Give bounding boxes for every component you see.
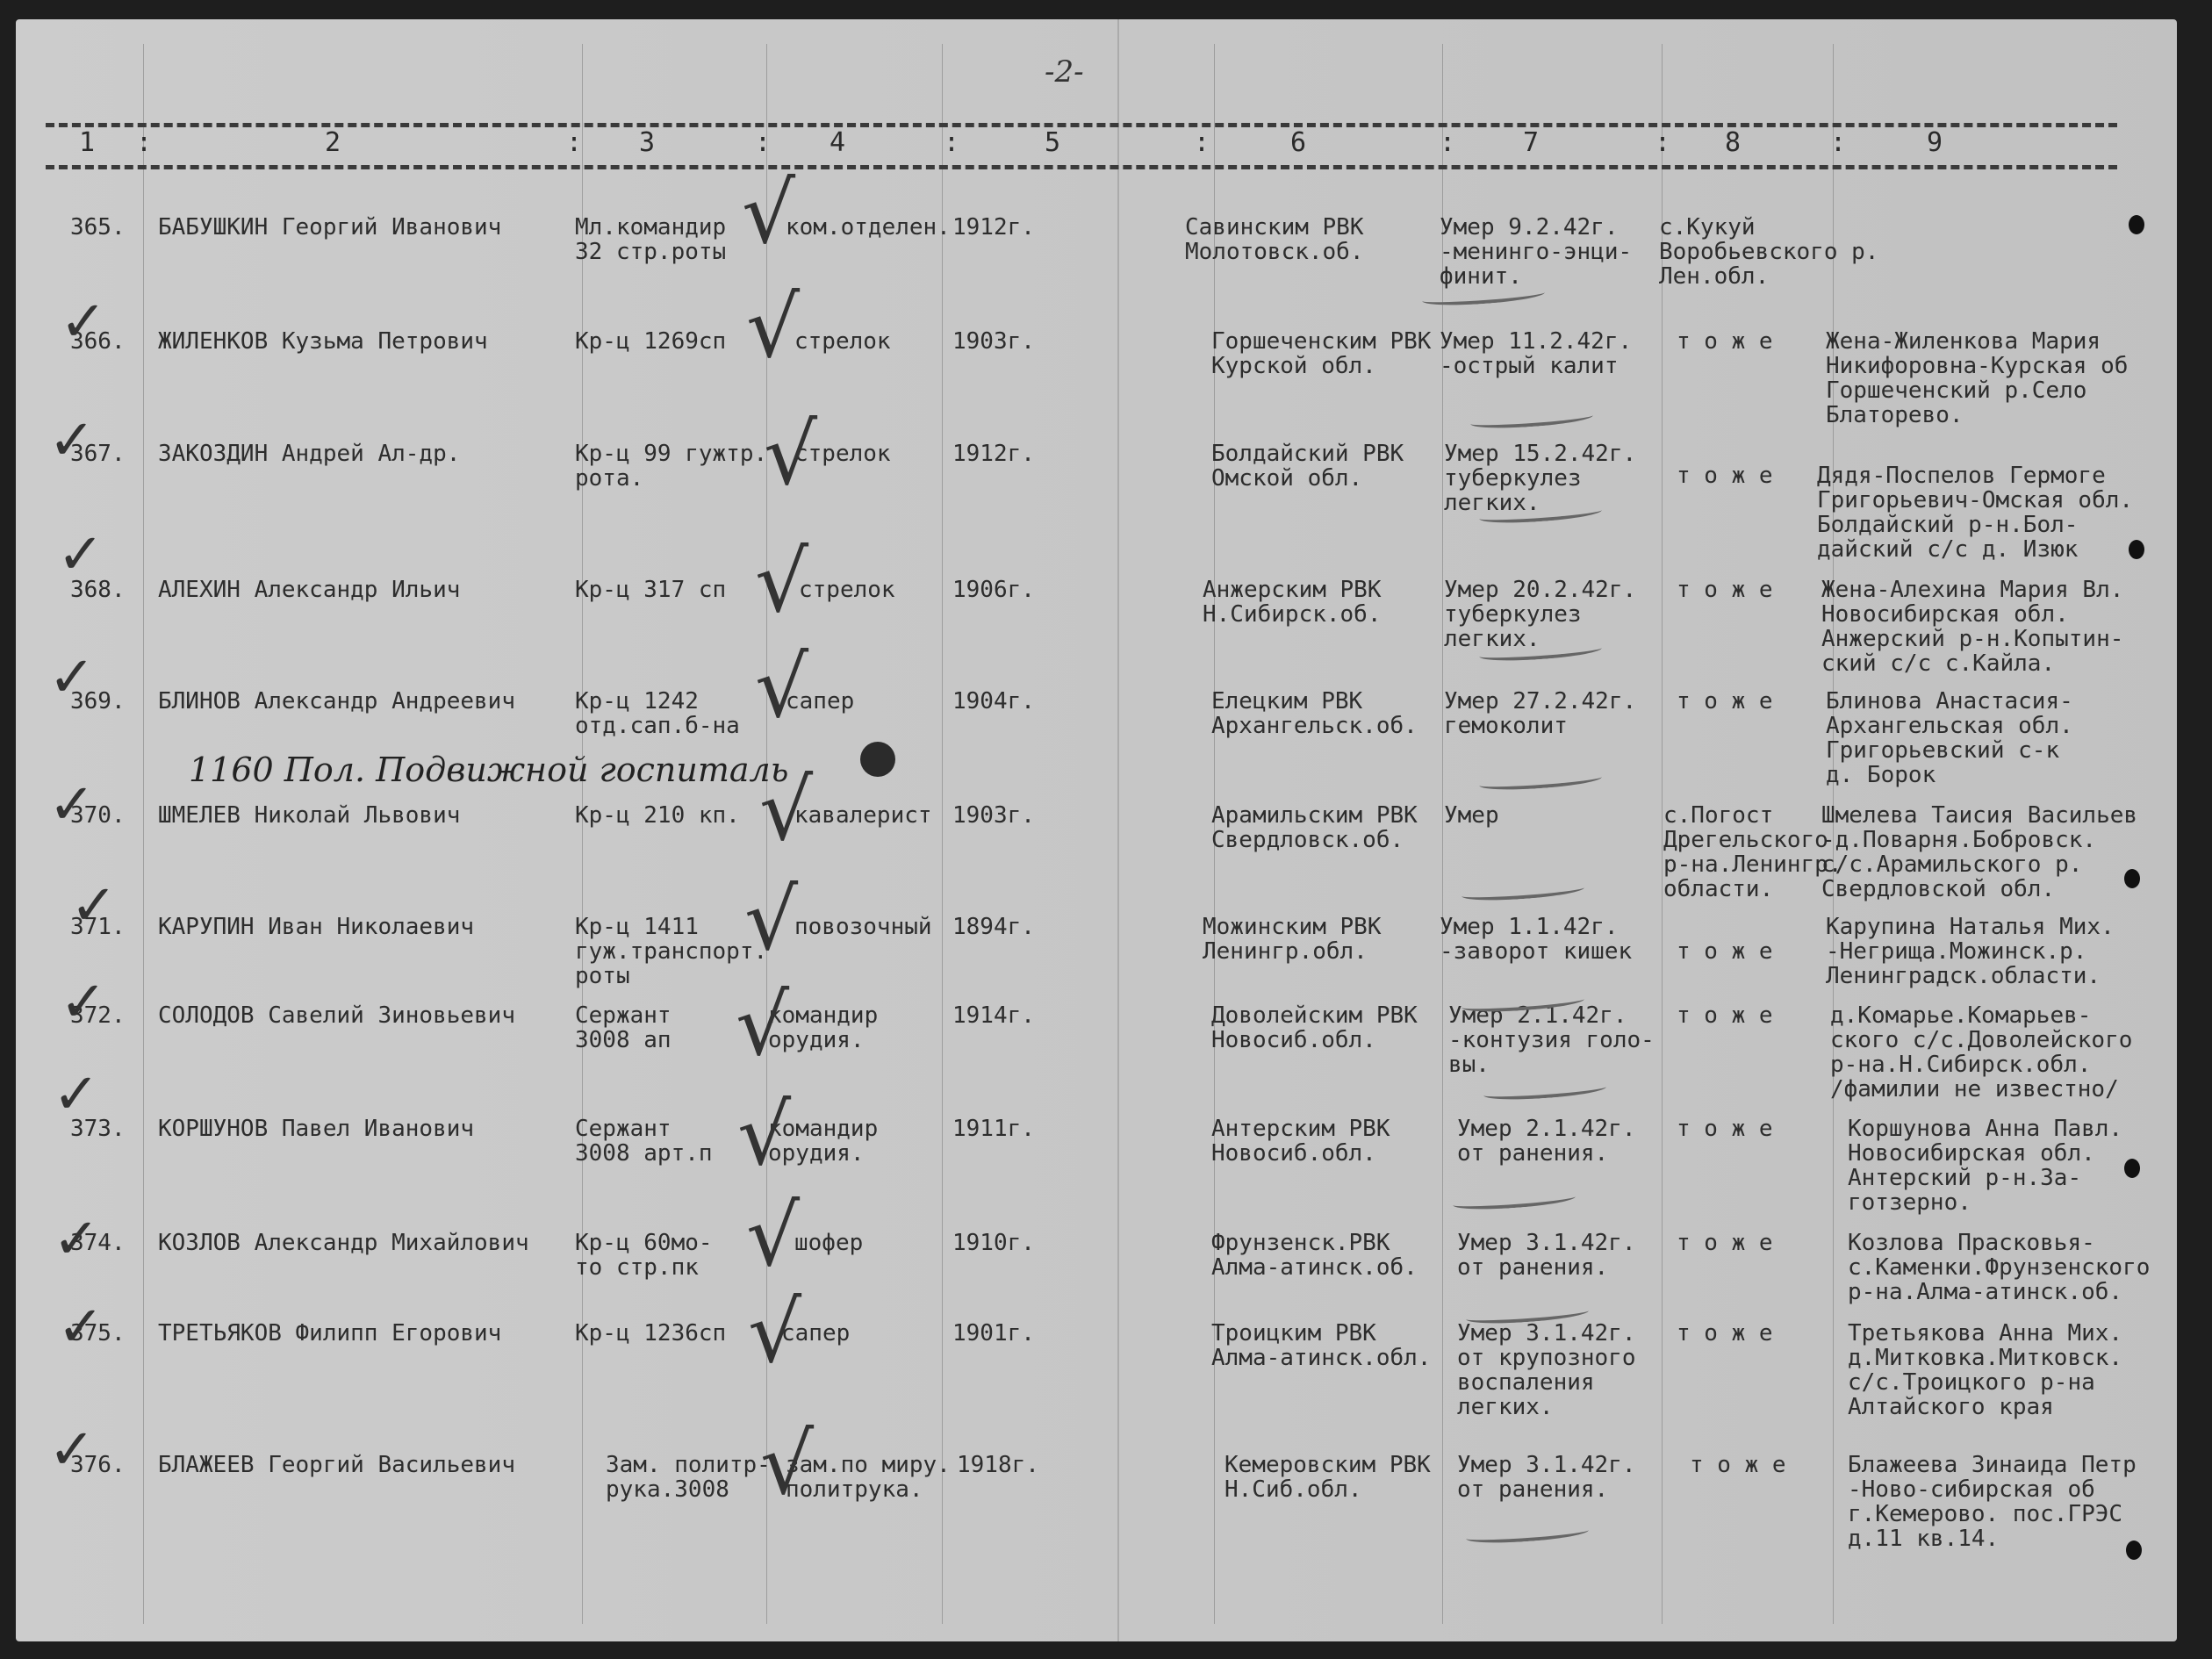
record-number: 365.: [70, 215, 126, 240]
column-rule: [143, 44, 144, 1624]
burial-place: т о ж е: [1677, 939, 1773, 964]
position: стрелок: [799, 578, 895, 602]
page-fold: [1117, 19, 1119, 1641]
checkmark-icon: √: [737, 1093, 791, 1177]
draft-office: Антерским РВК Новосиб.обл.: [1211, 1117, 1390, 1166]
column-divider: :: [1830, 127, 1846, 158]
birth-year: 1910г.: [952, 1231, 1035, 1255]
unit: Сержант 3008 арт.п: [575, 1117, 713, 1166]
burial-place: т о ж е: [1677, 1231, 1773, 1255]
relatives: Дядя-Поспелов Гермоге Григорьевич-Омская…: [1817, 463, 2133, 562]
birth-year: 1911г.: [952, 1117, 1035, 1141]
birth-year: 1918г.: [957, 1453, 1039, 1477]
full-name: АЛЕХИН Александр Ильич: [158, 578, 460, 602]
draft-office: Можинским РВК Ленингр.обл.: [1203, 915, 1382, 964]
column-divider: :: [566, 127, 582, 158]
column-divider: :: [944, 127, 959, 158]
header-rule-top: [46, 123, 2117, 127]
draft-office: Кемеровским РВК Н.Сиб.обл.: [1224, 1453, 1431, 1502]
death-info: Умер 2.1.42г. от ранения.: [1457, 1117, 1636, 1166]
full-name: СОЛОДОВ Савелий Зиновьевич: [158, 1003, 515, 1028]
punch-hole: [2124, 1159, 2140, 1178]
column-divider: :: [1194, 127, 1210, 158]
checkmark-icon: ✓: [53, 1066, 100, 1123]
column-header: 6: [1290, 127, 1306, 158]
relatives: д.Комарье.Комарьев- ского с/с.Доволейско…: [1830, 1003, 2132, 1102]
checkmark-icon: √: [746, 1194, 800, 1278]
column-header: 9: [1927, 127, 1943, 158]
full-name: БЛИНОВ Александр Андреевич: [158, 689, 515, 714]
burial-place: т о ж е: [1677, 1321, 1773, 1346]
column-header: 3: [639, 127, 655, 158]
relatives: Жена-Алехина Мария Вл. Новосибирская обл…: [1821, 578, 2123, 676]
death-info: Умер 2.1.42г. -контузия голо- вы.: [1448, 1003, 1655, 1077]
checkmark-icon: √: [760, 1422, 814, 1506]
unit: Кр-ц 99 гужтр. рота.: [575, 442, 767, 491]
birth-year: 1901г.: [952, 1321, 1035, 1346]
column-header: 5: [1045, 127, 1060, 158]
unit: Мл.командир 32 стр.роты: [575, 215, 726, 264]
column-header: 8: [1725, 127, 1741, 158]
punch-hole: [2126, 1540, 2142, 1560]
burial-place: т о ж е: [1690, 1453, 1786, 1477]
position: повозочный: [794, 915, 932, 939]
draft-office: Горшеченским РВК Курской обл.: [1211, 329, 1431, 378]
full-name: БАБУШКИН Георгий Иванович: [158, 215, 501, 240]
relatives: Коршунова Анна Павл. Новосибирская обл. …: [1848, 1117, 2122, 1215]
draft-office: Доволейским РВК Новосиб.обл.: [1211, 1003, 1418, 1052]
handwritten-note: 1160 Пол. Подвижной госпиталь: [189, 750, 788, 789]
full-name: БЛАЖЕЕВ Георгий Васильевич: [158, 1453, 515, 1477]
column-header: 2: [325, 127, 341, 158]
unit: Зам. политр- рука.3008: [606, 1453, 771, 1502]
death-info: Умер 3.1.42г. от ранения.: [1457, 1453, 1636, 1502]
checkmark-icon: ✓: [57, 1299, 104, 1355]
relatives: Третьякова Анна Мих. д.Митковка.Митковск…: [1848, 1321, 2122, 1419]
death-info: Умер 11.2.42г. -острый калит: [1440, 329, 1632, 378]
column-header: 7: [1523, 127, 1539, 158]
draft-office: Савинским РВК Молотовск.об.: [1185, 215, 1364, 264]
checkmark-icon: √: [764, 413, 817, 497]
position: шофер: [794, 1231, 863, 1255]
position: стрелок: [794, 329, 891, 354]
full-name: ЖИЛЕНКОВ Кузьма Петрович: [158, 329, 488, 354]
column-rule: [942, 44, 943, 1624]
birth-year: 1903г.: [952, 329, 1035, 354]
birth-year: 1914г.: [952, 1003, 1035, 1028]
draft-office: Арамильским РВК Свердловск.об.: [1211, 803, 1418, 852]
burial-place: с.Кукуй Воробьевского р. Лен.обл.: [1659, 215, 1878, 289]
birth-year: 1894г.: [952, 915, 1035, 939]
death-info: Умер 20.2.42г. туберкулез легких.: [1444, 578, 1636, 651]
punch-hole: [2124, 869, 2140, 888]
checkmark-icon: √: [759, 768, 813, 852]
checkmark-icon: ✓: [60, 294, 107, 350]
column-header: 4: [829, 127, 845, 158]
position: кавалерист: [794, 803, 932, 828]
column-rule: [582, 44, 583, 1624]
checkmark-icon: ✓: [70, 878, 118, 934]
punch-hole: [2129, 215, 2144, 234]
birth-year: 1912г.: [952, 215, 1035, 240]
unit: Сержант 3008 ап: [575, 1003, 671, 1052]
checkmark-icon: √: [742, 171, 795, 255]
burial-place: с.Погост Дрегельского р-на.Ленингр. обла…: [1663, 803, 1842, 901]
birth-year: 1912г.: [952, 442, 1035, 466]
checkmark-icon: √: [748, 1290, 801, 1375]
death-info: Умер: [1444, 803, 1499, 828]
death-info: Умер 1.1.42г. -заворот кишек: [1440, 915, 1632, 964]
unit: Кр-ц 317 сп: [575, 578, 726, 602]
death-info: Умер 3.1.42г. от крупозного воспаления л…: [1457, 1321, 1636, 1419]
unit: Кр-ц 1242 отд.сап.б-на: [575, 689, 740, 738]
checkmark-icon: ✓: [57, 527, 104, 583]
death-info: Умер 9.2.42г. -менинго-энци- финит.: [1440, 215, 1632, 289]
checkmark-icon: √: [746, 285, 800, 370]
burial-place: т о ж е: [1677, 329, 1773, 354]
column-divider: :: [136, 127, 152, 158]
full-name: КАРУПИН Иван Николаевич: [158, 915, 474, 939]
checkmark-icon: √: [744, 878, 798, 962]
burial-place: т о ж е: [1677, 578, 1773, 602]
page-number: -2-: [1045, 54, 1084, 90]
death-info: Умер 27.2.42г. гемоколит: [1444, 689, 1636, 738]
draft-office: Анжерским РВК Н.Сибирск.об.: [1203, 578, 1382, 627]
full-name: ЗАКОЗДИН Андрей Ал-др.: [158, 442, 460, 466]
full-name: ТРЕТЬЯКОВ Филипп Егорович: [158, 1321, 501, 1346]
column-divider: :: [755, 127, 771, 158]
draft-office: Троицким РВК Алма-атинск.обл.: [1211, 1321, 1431, 1370]
unit: Кр-ц 1269сп: [575, 329, 726, 354]
ink-blot: [860, 742, 895, 777]
relatives: Блинова Анастасия- Архангельская обл. Гр…: [1826, 689, 2073, 787]
unit: Кр-ц 210 кп.: [575, 803, 740, 828]
column-header: 1: [79, 127, 95, 158]
burial-place: т о ж е: [1677, 689, 1773, 714]
checkmark-icon: √: [755, 645, 808, 729]
birth-year: 1906г.: [952, 578, 1035, 602]
draft-office: Фрунзенск.РВК Алма-атинск.об.: [1211, 1231, 1418, 1280]
birth-year: 1903г.: [952, 803, 1035, 828]
full-name: КОЗЛОВ Александр Михайлович: [158, 1231, 529, 1255]
checkmark-icon: √: [755, 540, 808, 624]
position: ком.отделен.: [786, 215, 951, 240]
checkmark-icon: ✓: [48, 413, 96, 469]
checkmark-icon: ✓: [48, 1422, 96, 1478]
checkmark-icon: √: [736, 983, 789, 1067]
relatives: Шмелева Таисия Васильев -д.Поварня.Бобро…: [1821, 803, 2137, 901]
checkmark-icon: ✓: [48, 650, 96, 706]
draft-office: Елецким РВК Архангельск.об.: [1211, 689, 1418, 738]
checkmark-icon: ✓: [60, 974, 107, 1031]
draft-office: Болдайский РВК Омской обл.: [1211, 442, 1404, 491]
relatives: Блажеева Зинаида Петр -Ново-сибирская об…: [1848, 1453, 2137, 1551]
unit: Кр-ц 60мо- то стр.пк: [575, 1231, 713, 1280]
punch-hole: [2129, 540, 2144, 559]
relatives: Козлова Прасковья- с.Каменки.Фрунзенског…: [1848, 1231, 2150, 1304]
header-rule-bottom: [46, 165, 2117, 169]
burial-place: т о ж е: [1677, 1003, 1773, 1028]
death-info: Умер 3.1.42г. от ранения.: [1457, 1231, 1636, 1280]
column-divider: :: [1655, 127, 1670, 158]
birth-year: 1904г.: [952, 689, 1035, 714]
full-name: ШМЕЛЕВ Николай Львович: [158, 803, 460, 828]
checkmark-icon: ✓: [53, 1211, 100, 1268]
unit: Кр-ц 1236сп: [575, 1321, 726, 1346]
burial-place: т о ж е: [1677, 463, 1773, 488]
column-divider: :: [1440, 127, 1455, 158]
full-name: КОРШУНОВ Павел Иванович: [158, 1117, 474, 1141]
checkmark-icon: ✓: [48, 777, 96, 833]
burial-place: т о ж е: [1677, 1117, 1773, 1141]
relatives: Карупина Наталья Мих. -Негрища.Можинск.р…: [1826, 915, 2115, 988]
death-info: Умер 15.2.42г. туберкулез легких.: [1444, 442, 1636, 515]
relatives: Жена-Жиленкова Мария Никифоровна-Курская…: [1826, 329, 2128, 427]
